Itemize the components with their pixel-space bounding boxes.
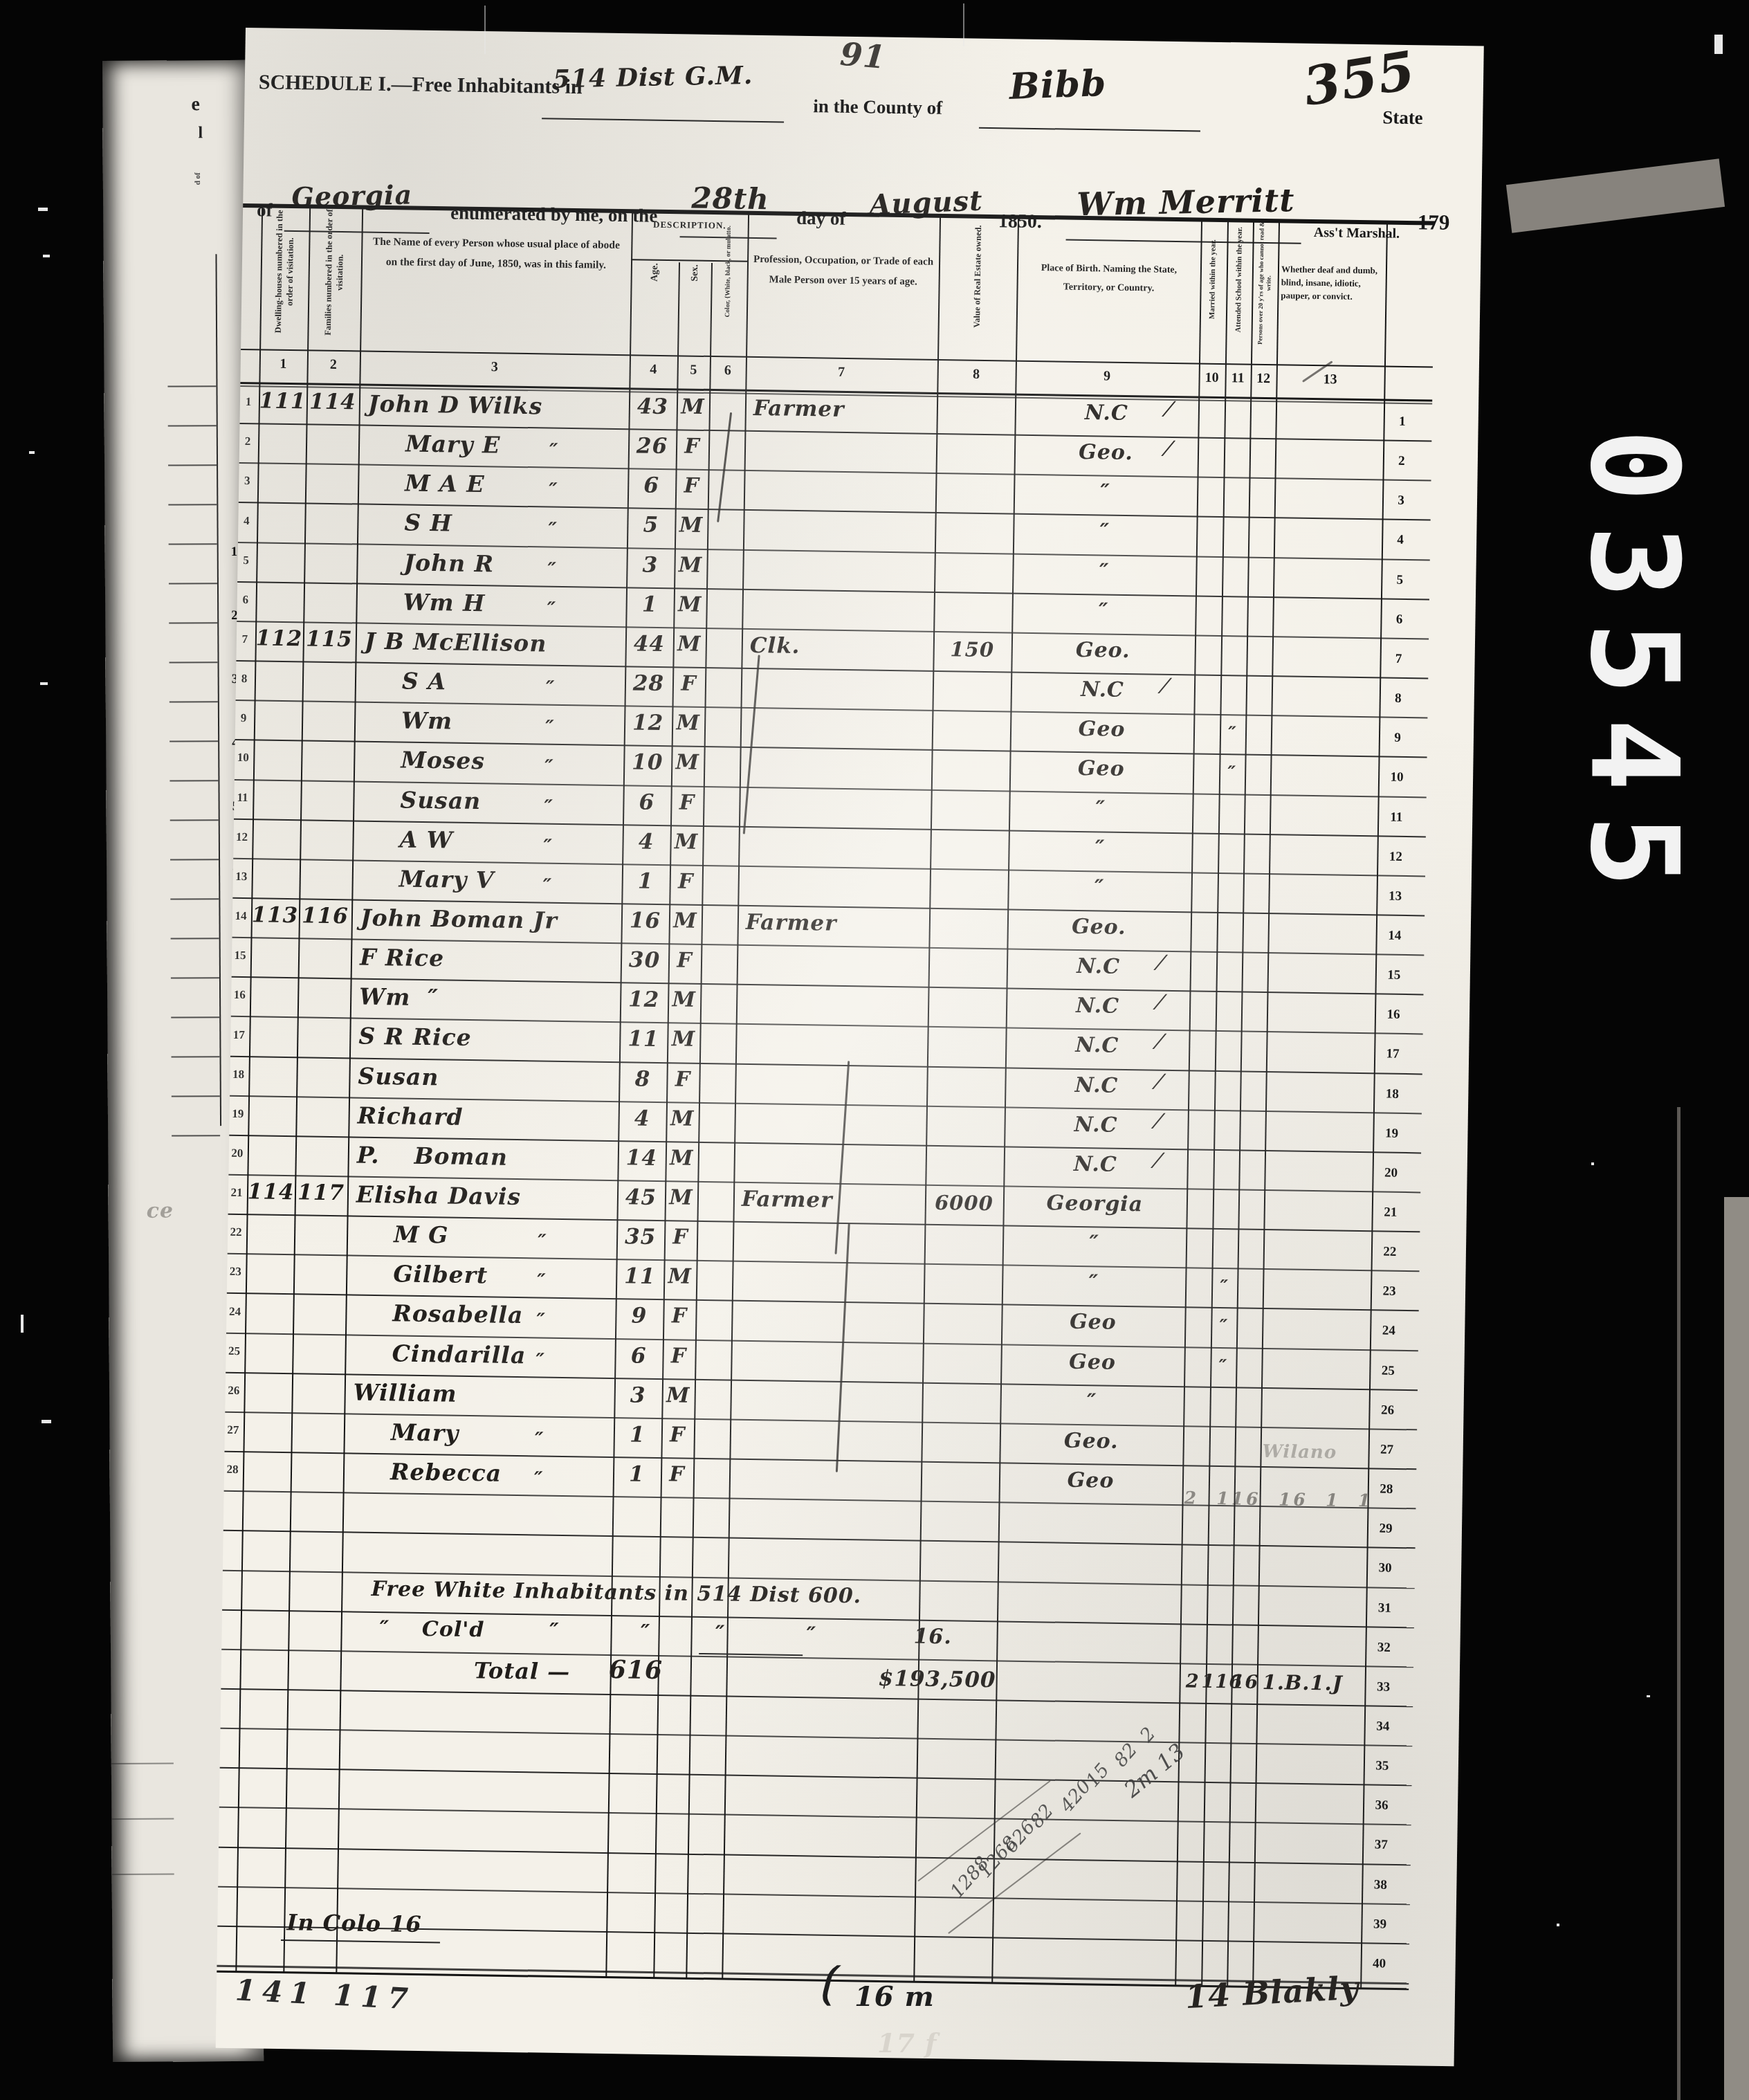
row-birthplace: Georgia	[1003, 1190, 1187, 1217]
row-attended-school-mark: ″	[1210, 1355, 1236, 1377]
column-line	[913, 217, 941, 1982]
row-name: M A E	[405, 470, 485, 498]
prev-page-row-line	[171, 938, 219, 939]
right-line-number: 16	[1380, 1007, 1407, 1023]
row-line	[221, 1649, 1413, 1668]
row-occupation: Clk.	[750, 633, 800, 659]
left-line-number: 24	[221, 1304, 248, 1319]
column-header-10: Married within the year.	[1208, 218, 1219, 341]
column-line	[336, 208, 363, 1974]
right-line-number: 22	[1376, 1245, 1404, 1261]
row-name-ditto: ″	[544, 795, 553, 818]
right-line-number: 10	[1383, 770, 1411, 786]
day-of-label: day of	[796, 208, 846, 230]
in-colo-note: In Colo 16	[286, 1909, 422, 1937]
row-age: 3	[614, 1382, 662, 1408]
left-line-number: 26	[220, 1384, 248, 1398]
row-real-estate-value: 6000	[925, 1191, 1003, 1216]
column-header-1: Dwelling-houses numbered in the order of…	[273, 206, 296, 336]
row-name: Wm H	[403, 588, 485, 617]
adjacent-page-corner	[1506, 158, 1725, 232]
row-birthplace: ″	[1014, 479, 1197, 506]
prev-page-column-line	[215, 254, 221, 1126]
row-dwelling-number: 111	[259, 388, 307, 414]
ink-tally-stroke	[717, 412, 732, 522]
row-dwelling-number: 112	[255, 626, 304, 651]
row-age: 1	[613, 1461, 661, 1487]
row-sex: M	[667, 1028, 700, 1052]
column-number-5: 5	[677, 362, 710, 378]
right-line-number: 9	[1384, 731, 1411, 747]
right-line-number: 15	[1380, 968, 1408, 984]
row-age: 6	[614, 1343, 663, 1369]
column-line	[1227, 221, 1254, 1987]
column-number-8: 8	[937, 366, 1016, 383]
prev-page-row-line	[169, 622, 217, 623]
right-line-number: 2	[1388, 454, 1416, 470]
right-line-number: 7	[1384, 651, 1412, 667]
row-name: John Boman Jr	[360, 904, 558, 934]
row-name: John D Wilks	[368, 390, 543, 420]
county-handwritten: Bibb	[1009, 62, 1108, 108]
left-line-number: 23	[221, 1265, 249, 1279]
row-sex: F	[675, 474, 708, 499]
column-line	[283, 207, 311, 1973]
row-birthplace: ″	[1013, 518, 1196, 545]
row-family-number: 114	[306, 389, 360, 414]
film-edge-line	[1677, 1107, 1681, 2100]
column-number-1: 1	[259, 356, 307, 372]
schedule-title: SCHEDULE I.—Free Inhabitants in	[259, 71, 583, 99]
row-age: 35	[616, 1224, 665, 1250]
row-birthplace: ″	[1002, 1230, 1186, 1257]
row-name-ditto: ″	[534, 1467, 544, 1490]
row-sex: F	[661, 1462, 694, 1487]
row-age: 10	[623, 750, 672, 776]
prev-page-row-line	[111, 1818, 174, 1819]
right-line-number: 23	[1375, 1284, 1403, 1300]
ink-tally-stroke	[743, 655, 760, 834]
row-sex: M	[666, 1106, 699, 1131]
row-birthplace: Geo.	[1000, 1427, 1183, 1454]
column-number-6: 6	[710, 363, 746, 379]
row-name: S R Rice	[358, 1023, 472, 1051]
row-sex: M	[666, 1146, 699, 1171]
prev-page-row-line	[170, 819, 219, 821]
prev-page-row-line	[112, 1873, 174, 1874]
row-name: William	[353, 1378, 457, 1407]
prev-page-row-line	[111, 1762, 174, 1764]
film-speck	[1714, 35, 1723, 54]
pencil-figure: 82	[1110, 1740, 1142, 1771]
row-name: J B McEllison	[365, 628, 547, 657]
right-line-number: 1	[1389, 414, 1416, 430]
right-line-number: 17	[1379, 1047, 1407, 1063]
left-line-number: 16	[226, 988, 253, 1003]
row-sex: M	[672, 711, 705, 736]
right-line-number: 25	[1374, 1363, 1402, 1379]
row-age: 1	[622, 868, 670, 894]
row-name-ditto: ″	[543, 834, 553, 857]
left-line-number: 12	[228, 830, 255, 845]
left-line-number: 13	[228, 870, 255, 884]
row-name-ditto: ″	[542, 874, 552, 897]
prev-page-row-line	[172, 1056, 220, 1057]
left-line-number: 15	[226, 949, 254, 963]
row-sex: F	[672, 671, 706, 696]
prev-page-row-line	[172, 1095, 220, 1097]
prev-page-row-line	[168, 464, 217, 466]
column-header-6: Color, {White, black, or mulatto.	[724, 219, 734, 323]
row-name: M G	[394, 1221, 449, 1249]
right-line-number: 24	[1375, 1324, 1402, 1340]
right-line-number: 39	[1366, 1917, 1393, 1933]
row-name: A W	[399, 825, 453, 853]
left-line-number: 2	[234, 435, 262, 449]
left-line-number: 22	[222, 1225, 250, 1240]
prev-page-row-line	[169, 583, 217, 584]
row-age: 1	[625, 592, 674, 617]
faint-marks-row28: 2 116 16 1 1	[1184, 1488, 1373, 1510]
prev-page-row-line	[172, 1135, 220, 1136]
right-line-number: 20	[1377, 1165, 1404, 1181]
right-line-number: 27	[1373, 1442, 1401, 1458]
row-name: S H	[404, 509, 452, 537]
column-header-2: Families numbered in the order of visita…	[323, 207, 347, 337]
row-age: 44	[625, 631, 674, 657]
tally-male-brace: ⟮	[820, 1958, 834, 2007]
row-age: 6	[628, 473, 676, 499]
right-line-number: 12	[1382, 849, 1409, 865]
row-sex: M	[671, 751, 704, 776]
prev-page-row-line	[169, 543, 217, 545]
right-line-number: 32	[1370, 1640, 1398, 1656]
of-label: of	[257, 199, 273, 221]
row-age: 11	[619, 1027, 668, 1052]
row-name: F Rice	[360, 944, 445, 972]
column-header-11: Attended School within the year.	[1234, 218, 1245, 341]
row-sex: M	[669, 909, 702, 933]
row-name-ditto: ″	[549, 479, 558, 502]
row-birthplace: ″	[1000, 1388, 1183, 1415]
row-birthplace: Geo.	[1011, 637, 1195, 664]
year-label: 1850.	[998, 210, 1042, 233]
row-attended-school-mark: ″	[1220, 723, 1245, 745]
right-line-number: 21	[1377, 1205, 1404, 1221]
column-number-13: 13	[1276, 371, 1384, 388]
right-line-number: 37	[1367, 1838, 1395, 1854]
left-line-number: 18	[224, 1067, 252, 1081]
column-line	[235, 206, 263, 1972]
row-attended-school-mark: ″	[1219, 763, 1245, 784]
left-line-number: 25	[220, 1344, 248, 1358]
right-line-number: 14	[1381, 928, 1409, 944]
left-line-number: 4	[232, 513, 260, 528]
row-sex: F	[661, 1423, 695, 1448]
row-age: 45	[617, 1185, 666, 1210]
left-line-number: 11	[228, 790, 256, 805]
row-birthplace: Geo	[1009, 756, 1193, 783]
left-line-number: 6	[232, 593, 259, 608]
column-header-5: Sex.	[688, 231, 702, 314]
tally-male: 16 m	[854, 1980, 935, 2013]
prev-page-row-line	[170, 898, 219, 900]
prev-page-row-line	[170, 859, 219, 860]
right-line-number: 4	[1386, 533, 1414, 549]
row-name: Wm	[401, 707, 453, 735]
row-birthplace-tick: ⁄	[1158, 991, 1163, 1015]
row-name: John R	[403, 549, 494, 577]
row-birthplace-tick: ⁄	[1166, 437, 1171, 462]
row-birthplace: ″	[1011, 597, 1195, 624]
row-age: 12	[620, 987, 668, 1012]
row-age: 6	[623, 789, 671, 815]
row-name-ditto: ″	[537, 1270, 547, 1293]
right-line-number: 31	[1371, 1600, 1398, 1616]
state-label: State	[1382, 107, 1423, 129]
row-name-ditto: ″	[549, 439, 559, 462]
row-name-ditto: ″	[548, 518, 558, 541]
row-birthplace: Geo	[999, 1467, 1182, 1494]
summary-colored: ″ Col'd ″ ″ ″ ″ 16.	[379, 1616, 952, 1649]
row-birthplace: ″	[1002, 1270, 1185, 1297]
row-birthplace-tick: ⁄	[1157, 1070, 1162, 1094]
prev-page-row-line	[170, 740, 218, 742]
row-name: Susan	[400, 786, 481, 814]
row-sex: M	[674, 553, 707, 578]
handwritten-corner-number: 355	[1299, 39, 1420, 118]
census-page: 91 355 SCHEDULE I.—Free Inhabitants in 5…	[216, 28, 1484, 2066]
row-name-ditto: ″	[545, 716, 555, 739]
row-age: 30	[621, 947, 669, 973]
column-header-8: Value of Real Estate owned.	[971, 210, 984, 342]
row-name: Cindarilla	[392, 1340, 526, 1369]
film-speck	[40, 682, 48, 685]
right-line-number: 11	[1382, 810, 1410, 825]
row-name-ditto: ″	[538, 1230, 547, 1253]
prev-page-row-line	[171, 977, 219, 978]
film-speck	[43, 255, 50, 257]
row-name: Gilbert	[393, 1261, 488, 1289]
row-birthplace: ″	[1009, 795, 1192, 822]
left-line-number: 10	[229, 751, 257, 765]
column-number-4: 4	[630, 361, 677, 378]
row-family-number: 116	[299, 903, 352, 929]
left-line-number: 27	[219, 1423, 247, 1438]
row-sex: M	[677, 394, 710, 419]
row-age: 43	[629, 394, 677, 419]
prev-page-faint-note: ce	[147, 1198, 174, 1223]
column-number-10: 10	[1198, 369, 1225, 386]
row-line	[221, 1728, 1413, 1747]
handwritten-top-number: 91	[839, 35, 887, 76]
film-speck	[1647, 1695, 1650, 1697]
row-sex: F	[663, 1304, 696, 1329]
right-line-number: 38	[1366, 1877, 1394, 1893]
film-speck	[1591, 1162, 1594, 1165]
row-age: 16	[621, 908, 670, 933]
row-age: 4	[622, 829, 670, 855]
column-line	[1252, 221, 1280, 1987]
row-birthplace-tick: ⁄	[1156, 1149, 1161, 1174]
row-name: Richard	[357, 1102, 463, 1130]
row-real-estate-value: 150	[933, 637, 1011, 662]
film-edge-strip	[1724, 1197, 1749, 2100]
prev-page-row-line	[170, 780, 218, 781]
row-line	[220, 1767, 1412, 1787]
row-name: Rosabella	[392, 1300, 523, 1329]
row-name-ditto: ″	[536, 1309, 546, 1332]
microfilm-scan: e l d of ce 12345678 91 355 SCHEDULE I.—…	[0, 0, 1749, 2100]
bottom-right-note: 14 Blakly	[1184, 1969, 1360, 2016]
row-sex: M	[661, 1383, 695, 1408]
reel-number-vertical: 03545	[1563, 429, 1703, 911]
row-name: S A	[402, 668, 447, 695]
right-line-number: 35	[1368, 1758, 1396, 1774]
row-birthplace-tick: ⁄	[1167, 398, 1172, 422]
row-attended-school-mark: ″	[1211, 1316, 1236, 1337]
row-name: Mary	[391, 1418, 459, 1446]
row-sex: F	[666, 1067, 699, 1092]
column-number-12: 12	[1250, 371, 1276, 387]
left-line-number: 17	[225, 1028, 253, 1042]
column-number-9: 9	[1016, 367, 1199, 386]
summary-total-label: Total —	[474, 1657, 571, 1685]
left-line-number: 9	[230, 711, 257, 726]
row-sex: M	[670, 830, 703, 855]
row-line	[223, 1530, 1416, 1549]
row-sex: F	[676, 434, 709, 459]
row-name: Mary E	[405, 430, 501, 459]
row-name: Moses	[401, 747, 485, 775]
right-line-number: 8	[1384, 691, 1412, 707]
row-name-ditto: ″	[544, 756, 554, 778]
row-birthplace-tick: ⁄	[1163, 675, 1168, 699]
row-sex: M	[663, 1264, 697, 1289]
row-occupation: Farmer	[742, 1187, 833, 1213]
row-sex: M	[673, 592, 706, 617]
right-line-number: 36	[1368, 1798, 1395, 1814]
row-name: Mary V	[399, 865, 494, 893]
row-sex: M	[665, 1185, 698, 1210]
row-dwelling-number: 113	[251, 902, 300, 928]
row-name-ditto: ″	[547, 558, 557, 581]
left-line-number: 8	[230, 672, 258, 686]
summary-free-white: Free White Inhabitants in 514 Dist 600.	[371, 1576, 861, 1608]
column-line	[722, 214, 749, 1980]
right-line-number: 18	[1378, 1086, 1406, 1102]
prev-page-header-fragment: d of	[194, 172, 202, 185]
tally-female: 17 f	[877, 2027, 937, 2058]
right-line-number: 26	[1373, 1403, 1401, 1418]
prev-page-row-line	[168, 504, 217, 505]
row-line	[219, 1807, 1411, 1826]
film-speck	[42, 1420, 51, 1423]
prev-page-fragment-2: l	[198, 124, 203, 143]
row-age: 28	[625, 670, 673, 696]
prev-page-row-line	[167, 385, 216, 387]
column-number-2: 2	[307, 356, 360, 373]
left-line-number: 5	[232, 554, 259, 568]
row-name-ditto: ″	[535, 1427, 544, 1450]
column-number-3: 3	[360, 357, 630, 377]
right-line-number: 3	[1387, 493, 1415, 509]
right-line-number: 40	[1366, 1956, 1393, 1972]
summary-col13-note: 1.B.1.J	[1262, 1670, 1342, 1695]
row-name: Rebecca	[390, 1458, 502, 1486]
prev-page-fragment: e	[191, 93, 200, 116]
enumerated-label: enumerated by me, on the	[450, 202, 658, 226]
county-underline	[979, 127, 1200, 132]
film-scratch	[484, 6, 486, 54]
row-name: Elisha Davis	[356, 1181, 522, 1211]
row-birthplace: Geo.	[1007, 913, 1191, 940]
column-header-7: Profession, Occupation, or Trade of each…	[752, 250, 934, 292]
row-family-number: 117	[295, 1180, 348, 1205]
row-sex: F	[670, 790, 704, 815]
row-line	[219, 1846, 1411, 1865]
row-age: 26	[628, 433, 677, 459]
row-birthplace-tick: ⁄	[1156, 1109, 1161, 1133]
summary-total-value: 616	[609, 1655, 663, 1685]
column-header-3: The Name of every Person whose usual pla…	[367, 232, 626, 276]
row-family-number: 115	[303, 626, 356, 652]
row-occupation: Farmer	[753, 396, 845, 422]
county-label: in the County of	[813, 95, 942, 119]
district-underline	[542, 118, 784, 122]
left-line-number: 20	[223, 1147, 251, 1161]
row-birthplace: Geo	[1010, 716, 1193, 743]
row-age: 14	[618, 1145, 666, 1171]
film-scratch	[963, 3, 964, 46]
column-number-7: 7	[746, 363, 937, 382]
right-line-number: 30	[1371, 1561, 1399, 1577]
row-sex: F	[662, 1344, 695, 1369]
row-age: 3	[626, 552, 675, 578]
row-occupation: Farmer	[746, 910, 837, 936]
prev-page-row-line	[171, 1016, 219, 1018]
row-birthplace: Geo	[1001, 1309, 1184, 1336]
right-line-number: 29	[1372, 1522, 1400, 1537]
district-handwritten: 514 Dist G.M.	[553, 61, 753, 94]
row-sex: F	[668, 948, 702, 973]
row-birthplace: ″	[1008, 834, 1191, 861]
row-age: 12	[624, 710, 672, 736]
row-birthplace-tick: ⁄	[1157, 1030, 1162, 1054]
left-line-number: 19	[224, 1107, 252, 1122]
column-header-13: Whether deaf and dumb, blind, insane, id…	[1281, 263, 1384, 304]
ink-tally-stroke	[836, 1223, 850, 1472]
summary-cannot-read-total: 16	[1231, 1671, 1256, 1693]
row-line	[218, 1886, 1410, 1905]
row-sex: F	[670, 869, 703, 894]
column-header-12: Persons over 20 y'rs of age who cannot r…	[1256, 220, 1274, 346]
row-birthplace: ″	[1007, 874, 1191, 901]
right-line-number: 28	[1373, 1481, 1400, 1497]
row-birthplace: ″	[1012, 558, 1196, 585]
column-line	[1201, 221, 1229, 1987]
right-line-number: 5	[1386, 572, 1413, 588]
film-speck	[29, 451, 35, 454]
row-age: 1	[614, 1422, 662, 1448]
right-line-number: 13	[1381, 888, 1409, 904]
row-name: P. Boman	[357, 1141, 509, 1170]
row-sex: M	[673, 632, 706, 657]
row-age: 11	[616, 1263, 664, 1289]
summary-real-estate-total: $193,500	[878, 1666, 996, 1693]
faint-note-row27: Wilano	[1262, 1441, 1337, 1463]
left-line-number: 3	[233, 474, 261, 489]
